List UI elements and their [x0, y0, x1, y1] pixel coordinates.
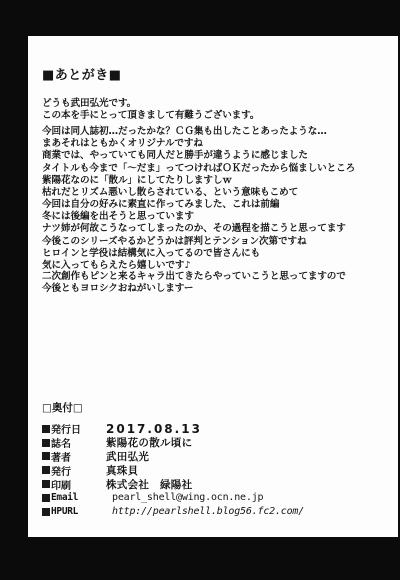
afterword-paragraph-story-notes: 今回は自分の好みに素直に作ってみました、これは前編 冬には後編を出そうと思ってい…: [42, 199, 346, 272]
colophon-label: HPURL: [51, 506, 112, 517]
email-link[interactable]: pearl_shell@wing.ocn.ne.jp: [112, 492, 263, 503]
square-bullet-icon: [42, 452, 50, 460]
colophon-row-author: 著者 武田弘光: [42, 450, 304, 464]
colophon-list: 発行日 2017.08.13 誌名 紫陽花の散ル頃に 著者 武田弘光 発行 真珠…: [42, 422, 304, 519]
colophon-value: 株式会社 緑陽社: [106, 477, 192, 492]
afterword-paragraph-closing: 二次創作もピンと来るキャラ出てきたらやっていこうと思ってますので 今後ともヨロシ…: [42, 271, 346, 295]
afterword-page: ■あとがき■ どうも武田弘光です。 この本を手にとって頂きまして有難うございます…: [28, 36, 398, 537]
afterword-paragraph-greeting: どうも武田弘光です。 この本を手にとって頂きまして有難うございます。: [42, 98, 259, 122]
colophon-label: 印刷: [51, 477, 106, 492]
square-bullet-icon: [42, 494, 50, 502]
colophon-label: 誌名: [51, 435, 106, 450]
colophon-label: 発行: [51, 463, 106, 478]
colophon-value: 紫陽花の散ル頃に: [106, 435, 192, 450]
afterword-paragraph-title-notes: 今回は同人誌初…だったかな？ＣＧ集も出したことあったような… まあそれはともかく…: [42, 126, 355, 199]
afterword-heading: ■あとがき■: [42, 64, 122, 83]
colophon-row-homepage: HPURL http://pearlshell.blog56.fc2.com/: [42, 505, 304, 519]
square-bullet-icon: [42, 466, 50, 474]
colophon-value: 2017.08.13: [106, 422, 202, 436]
colophon-row-title: 誌名 紫陽花の散ル頃に: [42, 436, 304, 450]
colophon-label: 発行日: [51, 421, 106, 436]
square-bullet-icon: [42, 508, 50, 516]
colophon-value: 武田弘光: [106, 449, 149, 464]
colophon-label: 著者: [51, 449, 106, 464]
colophon-row-publisher: 発行 真珠貝: [42, 463, 304, 477]
square-bullet-icon: [42, 425, 50, 433]
colophon-heading: □奥付□: [42, 400, 83, 415]
square-bullet-icon: [42, 480, 50, 488]
homepage-link[interactable]: http://pearlshell.blog56.fc2.com/: [112, 506, 304, 517]
colophon-value: 真珠貝: [106, 463, 138, 478]
square-bullet-icon: [42, 439, 50, 447]
colophon-row-release-date: 発行日 2017.08.13: [42, 422, 304, 436]
colophon-label: Email: [51, 492, 112, 503]
colophon-row-email: Email pearl_shell@wing.ocn.ne.jp: [42, 491, 304, 505]
colophon-row-printer: 印刷 株式会社 緑陽社: [42, 477, 304, 491]
